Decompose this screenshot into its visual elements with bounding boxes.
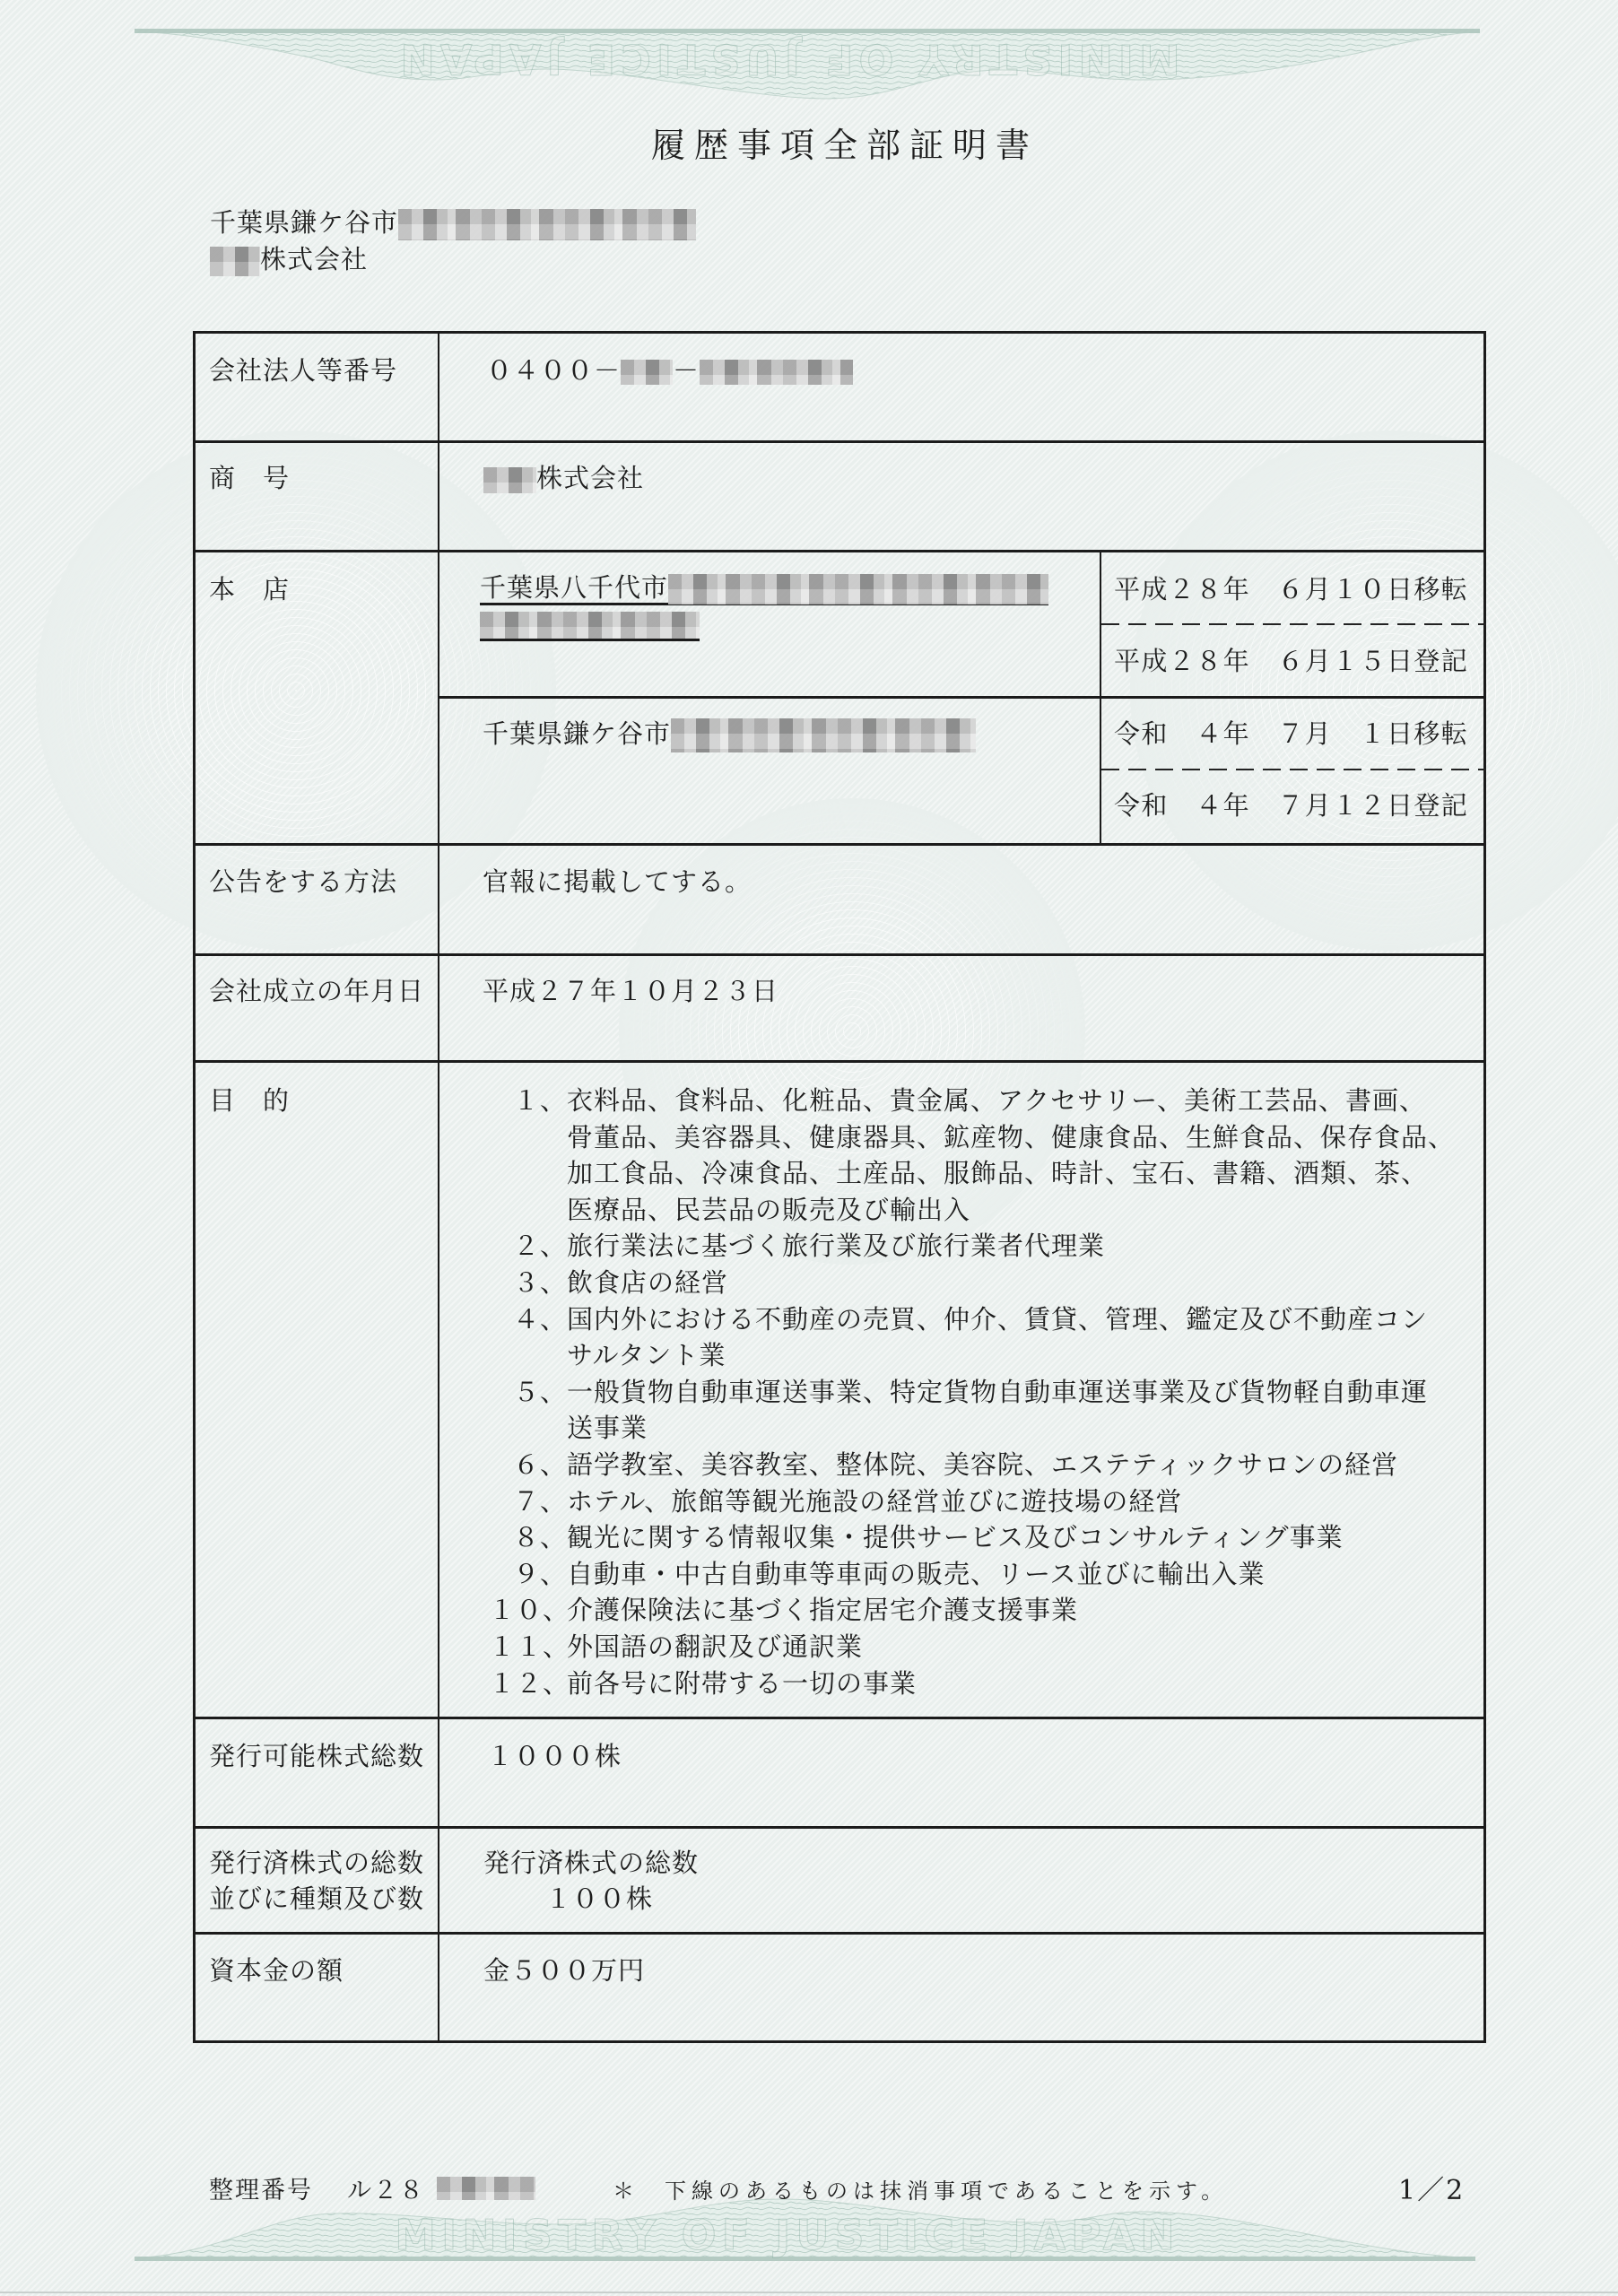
head-office-entry-1-address: 千葉県八千代市 <box>480 572 668 603</box>
issued-shares-heading: 発行済株式の総数 <box>483 1845 699 1881</box>
corporate-number-value: ０４００－－ <box>486 352 853 388</box>
purpose-item-11: １１、外国語の翻訳及び通訳業 <box>489 1629 1455 1665</box>
item-number: ６、 <box>489 1447 567 1483</box>
item-text: 加工食品、冷凍食品、土産品、服飾品、時計、宝石、書籍、酒類、茶、 <box>567 1158 1428 1188</box>
note-asterisk: ＊ <box>613 2173 634 2209</box>
head-office-entry-1-address-line-2 <box>480 608 700 641</box>
purpose-item-6: ６、語学教室、美容教室、整体院、美容院、エステティックサロンの経営 <box>489 1447 1455 1483</box>
purpose-item-2: ２、旅行業法に基づく旅行業及び旅行業者代理業 <box>489 1228 1455 1265</box>
item-text: 国内外における不動産の売買、仲介、賃貸、管理、鑑定及び不動産コン <box>567 1304 1428 1335</box>
row-capital: 資本金の額 金５００万円 <box>193 1933 1486 2043</box>
redacted-block <box>480 612 700 639</box>
establishment-date-value: 平成２７年１０月２３日 <box>483 973 779 1009</box>
row-corporate-number: 会社法人等番号 ０４００－－ <box>193 331 1486 441</box>
reference-number-label: 整理番号 <box>209 2173 313 2209</box>
row-label: 会社成立の年月日 <box>209 973 424 1009</box>
row-label: 会社法人等番号 <box>209 352 397 388</box>
redacted-block <box>671 718 976 752</box>
head-office-entry-2-address-line: 千葉県鎌ケ谷市 <box>483 716 976 752</box>
item-text: 語学教室、美容教室、整体院、美容院、エステティックサロンの経営 <box>567 1449 1398 1480</box>
registry-table: 会社法人等番号 ０４００－－ 商 号 株式会社 本 店 千葉県八千代市 平成２８… <box>193 331 1486 2043</box>
item-number: ５、 <box>489 1374 567 1410</box>
purpose-item-10: １０、介護保険法に基づく指定居宅介護支援事業 <box>489 1592 1455 1629</box>
row-label: 目 的 <box>209 1083 290 1118</box>
purpose-item-9: ９、自動車・中古自動車等車両の販売、リース並びに輸出入業 <box>489 1556 1455 1593</box>
redacted-block <box>437 2177 535 2200</box>
item-text: 飲食店の経営 <box>567 1267 728 1298</box>
redacted-block <box>700 360 853 385</box>
item-number: ３、 <box>489 1265 567 1300</box>
corporate-number-prefix: ０４００－ <box>486 355 621 386</box>
redacted-block <box>621 360 673 385</box>
item-number: １１、 <box>489 1629 567 1665</box>
item-number: １、 <box>489 1083 567 1118</box>
row-label: 資本金の額 <box>209 1952 344 1988</box>
item-text: 旅行業法に基づく旅行業及び旅行業者代理業 <box>567 1231 1105 1261</box>
watermark-band-text-top: MINISTRY OF JUSTICE JAPAN <box>339 34 1236 84</box>
head-office-entry-2-address: 千葉県鎌ケ谷市 <box>483 718 671 749</box>
item-text: 医療品、民芸品の販売及び輸出入 <box>567 1195 970 1225</box>
redacted-block <box>210 247 260 276</box>
page-number: 1／2 <box>1398 2173 1465 2209</box>
item-text: 自動車・中古自動車等車両の販売、リース並びに輸出入業 <box>567 1559 1266 1589</box>
redacted-block <box>483 467 536 493</box>
purpose-item-4-continued: サルタント業 <box>489 1337 1455 1374</box>
item-number: ８、 <box>489 1519 567 1555</box>
purpose-item-7: ７、ホテル、旅館等観光施設の経営並びに遊技場の経営 <box>489 1483 1455 1520</box>
head-office-entry-1-moved-date: 平成２８年 ６月１０日移転 <box>1114 571 1468 607</box>
purpose-item-1-continued: 加工食品、冷凍食品、土産品、服飾品、時計、宝石、書籍、酒類、茶、 <box>489 1155 1455 1192</box>
underline-note: 下線のあるものは抹消事項であることを示す。 <box>665 2173 1228 2209</box>
row-label: 発行可能株式総数 <box>209 1738 424 1774</box>
trade-name-text: 株式会社 <box>536 463 644 493</box>
item-text: 衣料品、食料品、化粧品、貴金属、アクセサリー、美術工芸品、書画、 <box>567 1085 1426 1116</box>
item-text: ホテル、旅館等観光施設の経営並びに遊技場の経営 <box>567 1486 1182 1517</box>
header-address-text: 千葉県鎌ケ谷市 <box>210 207 398 238</box>
purpose-item-12: １２、前各号に附帯する一切の事業 <box>489 1665 1455 1702</box>
row-label: 公告をする方法 <box>209 864 397 900</box>
item-number: １２、 <box>489 1665 567 1701</box>
watermark-band-text-bottom: MINISTRY OF JUSTICE JAPAN <box>339 2210 1236 2260</box>
document-title: 履歴事項全部証明書 <box>651 124 1039 167</box>
item-text: 観光に関する情報収集・提供サービス及びコンサルティング事業 <box>567 1522 1344 1552</box>
row-public-notice: 公告をする方法 官報に掲載してする。 <box>193 844 1486 954</box>
reference-number-prefix: ル２８ <box>347 2173 425 2209</box>
row-label: 商 号 <box>209 460 290 496</box>
public-notice-value: 官報に掲載してする。 <box>483 864 752 900</box>
header-company-line: 株式会社 <box>210 241 368 277</box>
item-text: 介護保険法に基づく指定居宅介護支援事業 <box>567 1595 1078 1625</box>
purpose-item-8: ８、観光に関する情報収集・提供サービス及びコンサルティング事業 <box>489 1519 1455 1556</box>
row-head-office: 本 店 千葉県八千代市 平成２８年 ６月１０日移転 平成２８年 ６月１５日登記 … <box>193 551 1486 844</box>
corporate-number-separator: － <box>673 355 700 386</box>
capital-value: 金５００万円 <box>483 1952 645 1988</box>
purpose-item-5: ５、一般貨物自動車運送事業、特定貨物自動車運送事業及び貨物軽自動車運 <box>489 1374 1455 1411</box>
row-label-line-1: 発行済株式の総数 <box>209 1845 424 1881</box>
item-number: １０、 <box>489 1592 567 1628</box>
row-establishment-date: 会社成立の年月日 平成２７年１０月２３日 <box>193 954 1486 1061</box>
item-text: 骨董品、美容器具、健康器具、鉱産物、健康食品、生鮮食品、保存食品、 <box>567 1122 1455 1152</box>
item-number: ９、 <box>489 1556 567 1592</box>
item-number: ２、 <box>489 1228 567 1264</box>
item-number: ７、 <box>489 1483 567 1519</box>
row-authorized-shares: 発行可能株式総数 １０００株 <box>193 1718 1486 1827</box>
entry-divider <box>439 696 1486 699</box>
trade-name-value: 株式会社 <box>483 460 644 496</box>
head-office-entry-1-address-line-1: 千葉県八千代市 <box>480 572 1048 605</box>
date-dashed-separator <box>1101 623 1486 625</box>
item-text: サルタント業 <box>567 1340 726 1370</box>
issued-shares-value: １００株 <box>545 1881 653 1917</box>
purpose-item-3: ３、飲食店の経営 <box>489 1265 1455 1301</box>
purpose-item-1: １、衣料品、食料品、化粧品、貴金属、アクセサリー、美術工芸品、書画、 <box>489 1083 1455 1119</box>
purpose-item-1-continued: 医療品、民芸品の販売及び輸出入 <box>489 1192 1455 1229</box>
authorized-shares-value: １０００株 <box>487 1738 622 1774</box>
date-dashed-separator <box>1101 769 1486 770</box>
redacted-block <box>398 209 696 240</box>
header-address-line: 千葉県鎌ケ谷市 <box>210 204 696 240</box>
item-text: 外国語の翻訳及び通訳業 <box>567 1631 863 1662</box>
redacted-block <box>668 574 1048 604</box>
row-label: 本 店 <box>209 571 290 607</box>
purpose-item-1-continued: 骨董品、美容器具、健康器具、鉱産物、健康食品、生鮮食品、保存食品、 <box>489 1119 1455 1156</box>
item-text: 送事業 <box>567 1413 648 1443</box>
head-office-entry-2-registered-date: 令和 ４年 ７月１２日登記 <box>1114 787 1468 823</box>
purpose-item-4: ４、国内外における不動産の売買、仲介、賃貸、管理、鑑定及び不動産コン <box>489 1301 1455 1338</box>
purpose-item-5-continued: 送事業 <box>489 1410 1455 1447</box>
row-purpose: 目 的 １、衣料品、食料品、化粧品、貴金属、アクセサリー、美術工芸品、書画、 骨… <box>193 1061 1486 1718</box>
row-issued-shares: 発行済株式の総数 並びに種類及び数 発行済株式の総数 １００株 <box>193 1827 1486 1933</box>
head-office-entry-1-registered-date: 平成２８年 ６月１５日登記 <box>1114 643 1468 679</box>
row-label-line-2: 並びに種類及び数 <box>209 1881 424 1917</box>
header-company-text: 株式会社 <box>260 244 368 274</box>
head-office-entry-2-moved-date: 令和 ４年 ７月 １日移転 <box>1114 716 1468 752</box>
item-number: ４、 <box>489 1301 567 1337</box>
item-text: 一般貨物自動車運送事業、特定貨物自動車運送事業及び貨物軽自動車運 <box>567 1377 1428 1407</box>
item-text: 前各号に附帯する一切の事業 <box>567 1668 917 1699</box>
row-trade-name: 商 号 株式会社 <box>193 441 1486 551</box>
purpose-list: １、衣料品、食料品、化粧品、貴金属、アクセサリー、美術工芸品、書画、 骨董品、美… <box>489 1083 1455 1701</box>
